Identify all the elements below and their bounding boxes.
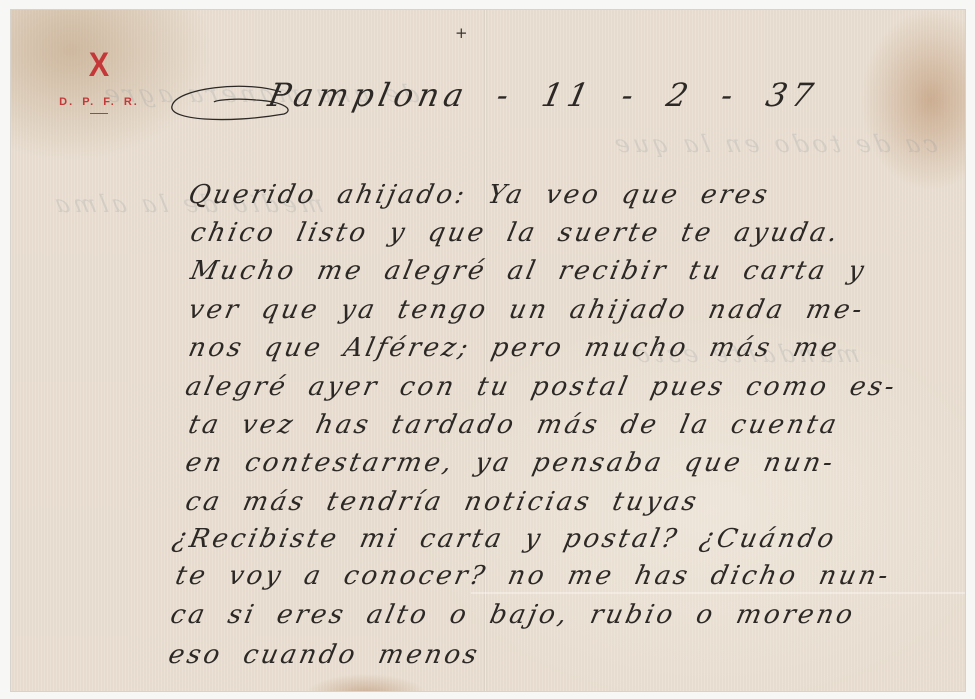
letter-heading-place-date: Pamplona - 11 - 2 - 37 bbox=[265, 76, 822, 114]
cross-mark: + bbox=[455, 24, 468, 42]
letter-line-10: ¿Recibiste mi carta y postal? ¿Cuándo bbox=[170, 524, 840, 554]
letter-line-9: ca más tendría noticias tuyas bbox=[183, 487, 702, 517]
red-stamp: X D. P. F. R. bbox=[49, 48, 149, 114]
letter-line-13: eso cuando menos bbox=[166, 640, 483, 670]
bleed-through-text: ca de todo en la que bbox=[608, 130, 940, 158]
letter-line-12: ca si eres alto o bajo, rubio o moreno bbox=[168, 600, 858, 630]
letter-line-11: te voy a conocer? no me has dicho nun- bbox=[173, 561, 894, 591]
letter-line-6: alegré ayer con tu postal pues como es- bbox=[183, 372, 900, 402]
letter-line-3: Mucho me alegré al recibir tu carta y bbox=[188, 256, 869, 286]
letter-line-8: en contestarme, ya pensaba que nun- bbox=[183, 448, 838, 478]
stamp-initials: D. P. F. R. bbox=[49, 96, 149, 108]
letter-line-5: nos que Alférez; pero mucho más me bbox=[186, 333, 843, 363]
stamp-x-mark: X bbox=[54, 48, 144, 82]
horizontal-fold-crease bbox=[471, 592, 965, 594]
stamp-underline bbox=[90, 113, 108, 114]
letter-line-4: ver que ya tengo un ahijado nada me- bbox=[186, 295, 868, 325]
letter-line-7: ta vez has tardado más de la cuenta bbox=[186, 410, 842, 440]
letter-line-2: chico listo y que la suerte te ayuda. bbox=[188, 218, 843, 248]
letter-line-1: Querido ahijado: Ya veo que eres bbox=[186, 180, 773, 210]
paper-sheet: de una manera agre medio de la alma ca d… bbox=[11, 10, 965, 691]
letter-scan: de una manera agre medio de la alma ca d… bbox=[0, 0, 975, 699]
